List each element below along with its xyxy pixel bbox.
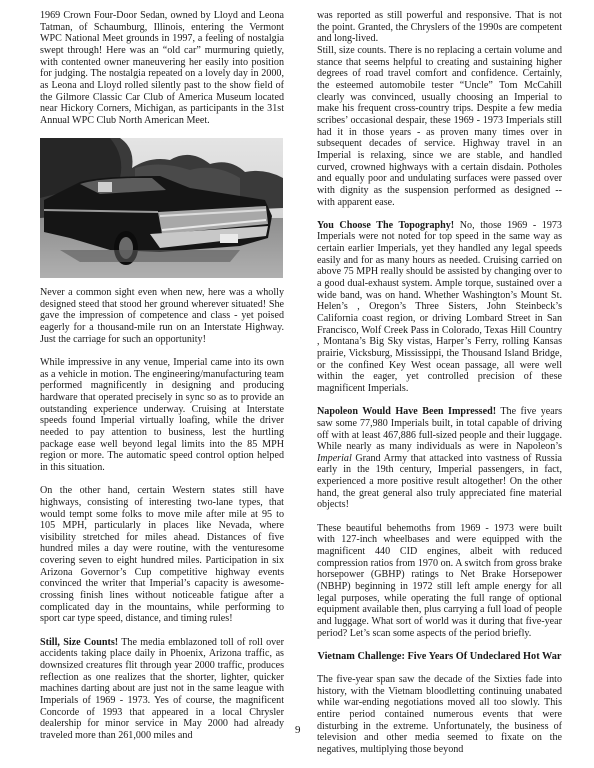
paragraph-napoleon-body-b: Grand Army that attacked into vastness o…: [317, 453, 562, 511]
paragraph-size-counts: Still, Size Counts! The media emblazoned…: [40, 637, 284, 742]
paragraph-behemoths: These beautiful behemoths from 1969 - 19…: [317, 523, 562, 640]
paragraph-topography: You Choose The Topography! No, those 196…: [317, 220, 562, 395]
right-column: was reported as still powerful and respo…: [317, 10, 562, 756]
paragraph-in-motion: While impressive in any venue, Imperial …: [40, 357, 284, 474]
page-number: 9: [295, 724, 301, 736]
paragraph-size-counts-body: The media emblazoned toll of roll over a…: [40, 637, 284, 741]
run-in-heading-napoleon: Napoleon Would Have Been Impressed!: [317, 406, 496, 417]
paragraph-steed: Never a common sight even when new, here…: [40, 287, 284, 345]
paragraph-napoleon: Napoleon Would Have Been Impressed! The …: [317, 406, 562, 511]
paragraph-western-highways: On the other hand, certain Western state…: [40, 485, 284, 625]
car-photo: [40, 138, 283, 278]
left-column: 1969 Crown Four-Door Sedan, owned by Llo…: [40, 10, 284, 742]
paragraph-continued: was reported as still powerful and respo…: [317, 10, 562, 45]
italic-imperial: Imperial: [317, 453, 352, 464]
run-in-heading-size-counts: Still, Size Counts!: [40, 637, 118, 648]
paragraph-still-size-counts: Still, size counts. There is no replacin…: [317, 45, 562, 208]
paragraph-vietnam: The five-year span saw the decade of the…: [317, 674, 562, 756]
intro-paragraph: 1969 Crown Four-Door Sedan, owned by Llo…: [40, 10, 284, 127]
run-in-heading-topography: You Choose The Topography!: [317, 220, 454, 231]
car-photo-image: [40, 138, 283, 278]
section-heading-vietnam: Vietnam Challenge: Five Years Of Undecla…: [317, 651, 562, 663]
paragraph-topography-body: No, those 1969 - 1973 Imperi­als were no…: [317, 220, 562, 394]
